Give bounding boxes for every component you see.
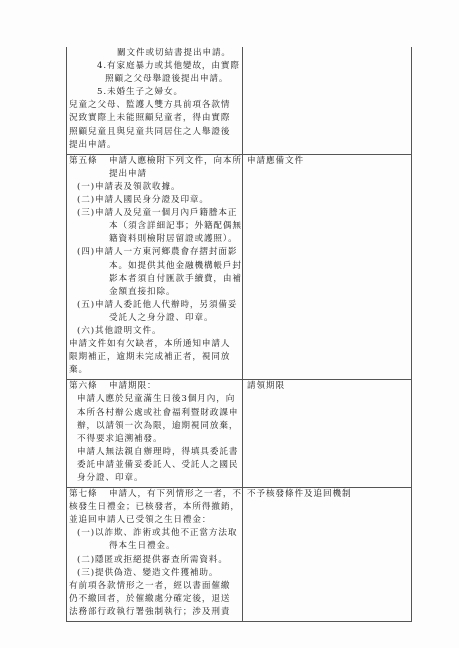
article-text-cell: 第六條申請期限：申請人應於兒童滿生日後3個月內，向本所各村辦公處或社會福利暨財政… (67, 380, 243, 488)
text-line: 影本者須自付匯款手續費，由補助 (69, 273, 241, 286)
text-line: 不得要求追溯補發。 (69, 433, 241, 446)
article-heading: 第六條申請期限： (69, 380, 241, 393)
text-line: 法務部行政執行署強制執行；涉及刑責 (69, 606, 241, 619)
table-row: 關文件或切結書提出申請。4.有家庭暴力或其他變故，由實際照顧之父母舉證後提出申請… (67, 47, 412, 154)
article-number: 第七條 (69, 488, 109, 501)
text-line: (二)申請人國民身分證及印章。 (69, 194, 241, 207)
article-text-cell: 第五條申請人應檢附下列文件，向本所提出申請(一)申請表及領款收據。(二)申請人國… (67, 154, 243, 380)
text-line: 仍不繳回者，於催繳處分確定後，退送 (69, 593, 241, 606)
article-number: 第五條 (69, 155, 109, 168)
text-line: 限期補正，逾期未完成補正者，視同放 (69, 351, 241, 364)
text-line: 有前項各款情形之一者，經以書面催繳 (69, 580, 241, 593)
text-line: (一)以詐欺、詐術或其他不正當方法取 (69, 527, 241, 540)
text-line: 申請人應於兒童滿生日後3個月內，向 (69, 393, 241, 406)
text-line: 辦，以請領一次為限，逾期視同放棄， (69, 420, 241, 433)
summary-cell: 申請應備文件 (243, 154, 412, 380)
text-line: 身分證、印章。 (69, 472, 241, 485)
article-title: 申請人，有下列情形之一者，不 (109, 489, 241, 499)
text-line: 兒童之父母、監護人雙方具前項各款情 (69, 99, 241, 112)
summary-text: 申請應備文件 (247, 155, 410, 168)
text-line: 本。如提供其他金融機構帳戶封面 (69, 260, 241, 273)
text-line: 提出申請 (69, 168, 241, 181)
article-title: 申請期限： (109, 381, 156, 391)
table-row: 第七條申請人，有下列情形之一者，不核發生日禮金；已核發者，本所得撤銷，並追回申請… (67, 488, 412, 622)
text-line: 金額直接扣除。 (69, 286, 241, 299)
text-line: 4.有家庭暴力或其他變故，由實際 (69, 60, 241, 73)
text-line: (四)申請人一方東河鄉農會存摺封面影 (69, 246, 241, 259)
text-line: (六)其他證明文件。 (69, 325, 241, 338)
article-text-cell: 第七條申請人，有下列情形之一者，不核發生日禮金；已核發者，本所得撤銷，並追回申請… (67, 488, 243, 622)
article-heading: 第五條申請人應檢附下列文件，向本所 (69, 155, 241, 168)
text-line: (三)申請人及兒童一個月內戶籍謄本正 (69, 207, 241, 220)
document-page: 關文件或切結書提出申請。4.有家庭暴力或其他變故，由實際照顧之父母舉證後提出申請… (0, 0, 459, 648)
text-line: 委託申請並備妥委託人、受託人之國民 (69, 459, 241, 472)
text-line: 5.未婚生子之婦女。 (69, 86, 241, 99)
article-text-cell: 關文件或切結書提出申請。4.有家庭暴力或其他變故，由實際照顧之父母舉證後提出申請… (67, 47, 243, 154)
text-line: 受託人之身分證、印章。 (69, 312, 241, 325)
text-line: 照顧兒童且與兒童共同居住之人舉證後 (69, 126, 241, 139)
text-line: (二)隱匿或拒絕提供審查所需資料。 (69, 554, 241, 567)
text-line: 照顧之父母舉證後提出申請。 (69, 73, 241, 86)
text-line: 得本生日禮金。 (69, 540, 241, 553)
text-line: 並追回申請人已受領之生日禮金： (69, 514, 241, 527)
text-line: 棄。 (69, 364, 241, 377)
text-line: 提出申請。 (69, 139, 241, 152)
table-row: 第五條申請人應檢附下列文件，向本所提出申請(一)申請表及領款收據。(二)申請人國… (67, 154, 412, 380)
text-line: 申請人無法親自辦理時，得填具委託書 (69, 446, 241, 459)
text-line: 本（須含詳細記事；外籍配偶無設 (69, 220, 241, 233)
text-line: 況致實際上未能照顧兒童者，得由實際 (69, 112, 241, 125)
summary-text: 請領期限 (247, 380, 410, 393)
text-line: 本所各村辦公處或社會福利暨財政課申 (69, 407, 241, 420)
text-line: (三)提供偽造、變造文件獲補助。 (69, 567, 241, 580)
article-heading: 第七條申請人，有下列情形之一者，不 (69, 488, 241, 501)
summary-cell: 請領期限 (243, 380, 412, 488)
text-line: (一)申請表及領款收據。 (69, 181, 241, 194)
summary-cell (243, 47, 412, 154)
table-row: 第六條申請期限：申請人應於兒童滿生日後3個月內，向本所各村辦公處或社會福利暨財政… (67, 380, 412, 488)
summary-text: 不予核發條件及追回機制 (247, 488, 410, 501)
text-line: 核發生日禮金；已核發者，本所得撤銷， (69, 501, 241, 514)
article-number: 第六條 (69, 380, 109, 393)
text-line: 申請文件如有欠缺者，本所通知申請人 (69, 338, 241, 351)
text-line: 籍資料則檢附居留證或護照）。 (69, 233, 241, 246)
article-title: 申請人應檢附下列文件，向本所 (109, 156, 241, 166)
summary-cell: 不予核發條件及追回機制 (243, 488, 412, 622)
regulation-table: 關文件或切結書提出申請。4.有家庭暴力或其他變故，由實際照顧之父母舉證後提出申請… (66, 47, 412, 622)
text-line: 關文件或切結書提出申請。 (69, 47, 241, 60)
text-line: (五)申請人委託他人代辦時，另須備妥 (69, 299, 241, 312)
